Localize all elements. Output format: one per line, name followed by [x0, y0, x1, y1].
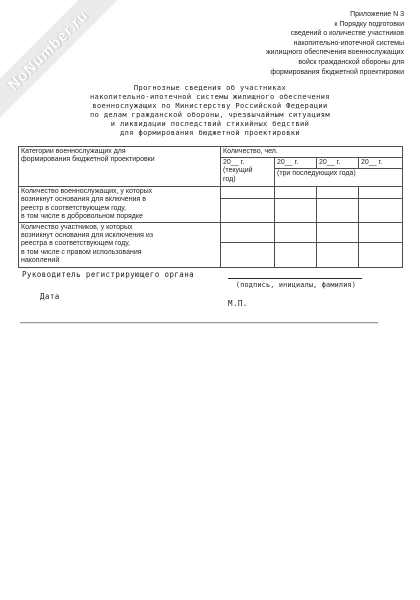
- quantity-header-cell: Количество, чел.: [221, 147, 403, 158]
- signatory-label: Руководитель регистрирующего органа: [22, 270, 194, 279]
- value-cell-empty: [275, 242, 317, 267]
- row2-label-cell: Количество участников, у которых возникн…: [19, 222, 221, 267]
- date-label: Дата: [40, 292, 60, 301]
- row1-label-cell: Количество военнослужащих, у которых воз…: [19, 187, 221, 223]
- value-cell-empty: [275, 222, 317, 242]
- table-row: Количество участников, у которых возникн…: [19, 222, 403, 242]
- forecast-table: Категории военнослужащих для формировани…: [18, 146, 403, 268]
- value-cell-empty: [221, 187, 275, 199]
- value-cell-empty: [221, 199, 275, 222]
- table-header-row-1: Категории военнослужащих для формировани…: [19, 147, 403, 158]
- value-cell-empty: [275, 199, 317, 222]
- appendix-note: Приложение N 3 к Порядку подготовки свед…: [266, 10, 404, 77]
- value-cell-empty: [317, 187, 359, 199]
- document-title: Прогнозные сведения об участниках накопи…: [0, 84, 420, 137]
- year-cell-3: 20__ г.: [359, 158, 403, 169]
- value-cell-empty: [359, 199, 403, 222]
- current-year-cell: 20__ г. (текущий год): [221, 158, 275, 187]
- value-cell-empty: [221, 242, 275, 267]
- watermark-text: NoNumber.ru: [5, 7, 92, 94]
- value-cell-empty: [275, 187, 317, 199]
- value-cell-empty: [221, 222, 275, 242]
- signature-line: [228, 278, 362, 279]
- value-cell-empty: [317, 242, 359, 267]
- value-cell-empty: [359, 242, 403, 267]
- bottom-divider: [20, 322, 378, 323]
- year-cell-2: 20__ г.: [317, 158, 359, 169]
- table-row: Количество военнослужащих, у которых воз…: [19, 187, 403, 199]
- value-cell-empty: [317, 199, 359, 222]
- category-header-cell: Категории военнослужащих для формировани…: [19, 147, 221, 187]
- following-years-note-cell: (три последующих года): [275, 169, 403, 187]
- value-cell-empty: [359, 222, 403, 242]
- year-cell-1: 20__ г.: [275, 158, 317, 169]
- stamp-label: М.П.: [228, 299, 248, 308]
- value-cell-empty: [359, 187, 403, 199]
- signature-caption: (подпись, инициалы, фамилия): [226, 281, 366, 289]
- value-cell-empty: [317, 222, 359, 242]
